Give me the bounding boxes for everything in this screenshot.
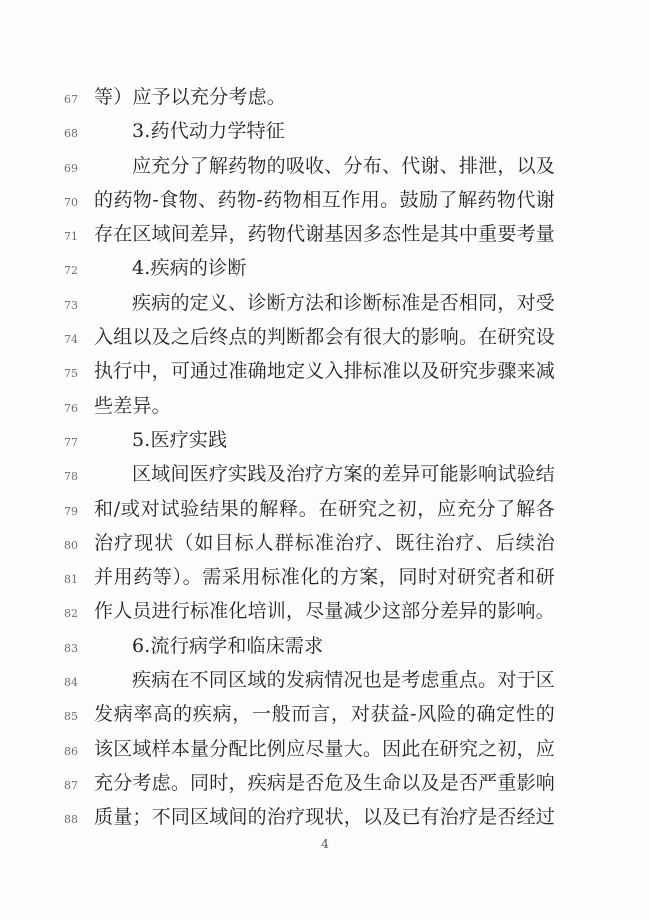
line-number: 70 [64, 186, 94, 220]
line-number: 69 [64, 152, 94, 186]
line-text: 作人员进行标准化培训，尽量减少这部分差异的影响。 [94, 594, 555, 628]
line-number: 73 [64, 289, 94, 323]
line-number: 87 [64, 769, 94, 803]
line-text: 的药物-食物、药物-药物相互作用。鼓励了解药物代谢酶是否 [94, 183, 555, 217]
line-number: 84 [64, 666, 94, 700]
line-number: 74 [64, 323, 94, 357]
line-text: 6.流行病学和临床需求 [94, 629, 555, 663]
line-text: 存在区域间差异，药物代谢基因多态性是其中重要考量点。 [94, 217, 555, 251]
document-line: 76 些差异。 [0, 389, 650, 423]
line-text: 执行中，可通过准确地定义入排标准以及研究步骤来减少这 [94, 354, 555, 388]
document-line: 85 发病率高的疾病，一般而言，对获益-风险的确定性的要求高， [0, 697, 650, 731]
line-text: 5.医疗实践 [94, 423, 555, 457]
line-number: 80 [64, 529, 94, 563]
line-text: 应充分了解药物的吸收、分布、代谢、排泄，以及相关 [94, 149, 555, 183]
line-text: 质量；不同区域间的治疗现状，以及已有治疗是否经过严格 [94, 800, 555, 834]
document-line: 80 治疗现状（如目标人群标准治疗、既往治疗、后续治疗、合 [0, 526, 650, 560]
line-text: 该区域样本量分配比例应尽量大。因此在研究之初，应予以 [94, 732, 555, 766]
line-text: 治疗现状（如目标人群标准治疗、既往治疗、后续治疗、合 [94, 526, 555, 560]
line-number: 72 [64, 254, 94, 288]
line-text: 和/或对试验结果的解释。在研究之初，应充分了解各区域的 [94, 492, 555, 526]
document-line: 75 执行中，可通过准确地定义入排标准以及研究步骤来减少这 [0, 354, 650, 388]
line-text: 等）应予以充分考虑。 [94, 80, 555, 114]
document-line: 87 充分考虑。同时，疾病是否危及生命以及是否严重影响生活 [0, 766, 650, 800]
line-text: 3.药代动力学特征 [94, 114, 555, 148]
line-number: 78 [64, 460, 94, 494]
line-text: 疾病在不同区域的发病情况也是考虑重点。对于区域内 [94, 663, 555, 697]
line-text: 些差异。 [94, 389, 555, 423]
line-number: 83 [64, 632, 94, 666]
line-text: 充分考虑。同时，疾病是否危及生命以及是否严重影响生活 [94, 766, 555, 800]
document-line: 72 4.疾病的诊断 [0, 251, 650, 285]
document-line: 77 5.医疗实践 [0, 423, 650, 457]
line-number: 75 [64, 357, 94, 391]
document-line: 68 3.药代动力学特征 [0, 114, 650, 148]
document-line: 83 6.流行病学和临床需求 [0, 629, 650, 663]
document-line: 81 并用药等）。需采用标准化的方案，同时对研究者和研究工 [0, 560, 650, 594]
line-text: 并用药等）。需采用标准化的方案，同时对研究者和研究工 [94, 560, 555, 594]
document-line: 78 区域间医疗实践及治疗方案的差异可能影响试验结果 [0, 457, 650, 491]
document-line: 88 质量；不同区域间的治疗现状，以及已有治疗是否经过严格 [0, 800, 650, 834]
line-number: 88 [64, 803, 94, 837]
page-number: 4 [0, 836, 650, 851]
line-number: 77 [64, 426, 94, 460]
line-number: 67 [64, 83, 94, 117]
document-line: 79 和/或对试验结果的解释。在研究之初，应充分了解各区域的 [0, 492, 650, 526]
line-number: 86 [64, 735, 94, 769]
line-text: 发病率高的疾病，一般而言，对获益-风险的确定性的要求高， [94, 697, 555, 731]
document-line: 86 该区域样本量分配比例应尽量大。因此在研究之初，应予以 [0, 732, 650, 766]
line-number: 85 [64, 700, 94, 734]
line-number: 82 [64, 597, 94, 631]
document-line: 73 疾病的定义、诊断方法和诊断标准是否相同，对受试者 [0, 286, 650, 320]
line-number: 79 [64, 495, 94, 529]
line-number: 76 [64, 392, 94, 426]
line-number: 81 [64, 563, 94, 597]
line-text: 疾病的定义、诊断方法和诊断标准是否相同，对受试者 [94, 286, 555, 320]
document-line: 84 疾病在不同区域的发病情况也是考虑重点。对于区域内 [0, 663, 650, 697]
document-page: 67 等）应予以充分考虑。 68 3.药代动力学特征 69 应充分了解药物的吸收… [0, 0, 650, 920]
line-text: 入组以及之后终点的判断都会有很大的影响。在研究设计和 [94, 320, 555, 354]
document-line: 70 的药物-食物、药物-药物相互作用。鼓励了解药物代谢酶是否 [0, 183, 650, 217]
line-text: 4.疾病的诊断 [94, 251, 555, 285]
document-line: 71 存在区域间差异，药物代谢基因多态性是其中重要考量点。 [0, 217, 650, 251]
document-line: 69 应充分了解药物的吸收、分布、代谢、排泄，以及相关 [0, 149, 650, 183]
line-text: 区域间医疗实践及治疗方案的差异可能影响试验结果 [94, 457, 555, 491]
line-number: 68 [64, 117, 94, 151]
line-number: 71 [64, 220, 94, 254]
document-body: 67 等）应予以充分考虑。 68 3.药代动力学特征 69 应充分了解药物的吸收… [0, 80, 650, 835]
document-line: 74 入组以及之后终点的判断都会有很大的影响。在研究设计和 [0, 320, 650, 354]
document-line: 82 作人员进行标准化培训，尽量减少这部分差异的影响。 [0, 594, 650, 628]
document-line: 67 等）应予以充分考虑。 [0, 80, 650, 114]
